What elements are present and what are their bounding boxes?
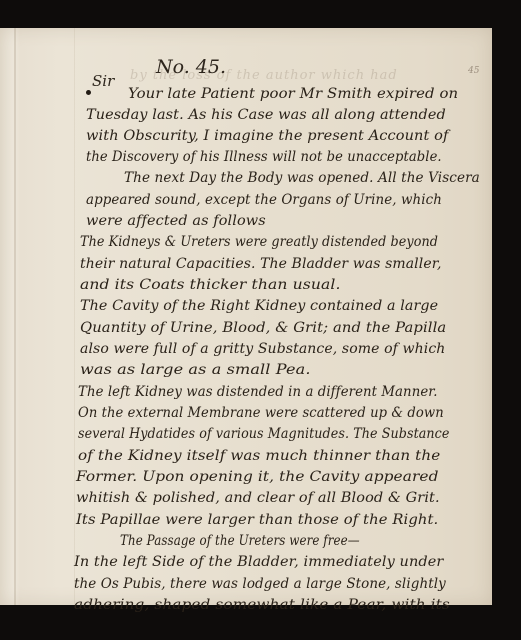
text-line: also were full of a gritty Substance, so… bbox=[80, 341, 445, 357]
text-line: The left Kidney was distended in a diffe… bbox=[78, 384, 438, 400]
text-line: the Os Pubis, there was lodged a large S… bbox=[74, 576, 446, 592]
text-line: adhering, shaped somewhat like a Pear, w… bbox=[74, 597, 450, 613]
text-line: The next Day the Body was opened. All th… bbox=[124, 170, 480, 186]
manuscript-viewer: by the loss of the author which had 45 N… bbox=[0, 0, 521, 640]
text-line: Quantity of Urine, Blood, & Grit; and th… bbox=[80, 320, 446, 336]
text-line: Your late Patient poor Mr Smith expired … bbox=[128, 86, 458, 102]
text-line: Tuesday last. As his Case was all along … bbox=[86, 107, 446, 123]
text-line: Former. Upon opening it, the Cavity appe… bbox=[76, 469, 439, 485]
text-line: whitish & polished, and clear of all Blo… bbox=[76, 490, 440, 506]
text-line: The Kidneys & Ureters were greatly diste… bbox=[80, 234, 438, 250]
text-line: Its Papillae were larger than those of t… bbox=[76, 512, 438, 528]
text-line: On the external Membrane were scattered … bbox=[78, 405, 444, 421]
text-line: of the Kidney itself was much thinner th… bbox=[78, 448, 440, 464]
letter-body: Your late Patient poor Mr Smith expired … bbox=[0, 28, 492, 605]
text-line: their natural Capacities. The Bladder wa… bbox=[80, 256, 442, 272]
text-line: the Discovery of his Illness will not be… bbox=[86, 149, 442, 165]
text-line: The Passage of the Ureters were free— bbox=[120, 533, 360, 549]
text-line: and its Coats thicker than usual. bbox=[80, 277, 341, 293]
text-line: The Cavity of the Right Kidney contained… bbox=[80, 298, 438, 314]
text-line: appeared sound, except the Organs of Uri… bbox=[86, 192, 442, 208]
text-line: with Obscurity, I imagine the present Ac… bbox=[86, 128, 448, 144]
manuscript-page: by the loss of the author which had 45 N… bbox=[0, 28, 492, 605]
text-line: In the left Side of the Bladder, immedia… bbox=[74, 554, 443, 570]
text-line: were affected as follows bbox=[86, 213, 266, 229]
text-line: several Hydatides of various Magnitudes.… bbox=[78, 426, 449, 442]
text-line: was as large as a small Pea. bbox=[80, 362, 311, 378]
